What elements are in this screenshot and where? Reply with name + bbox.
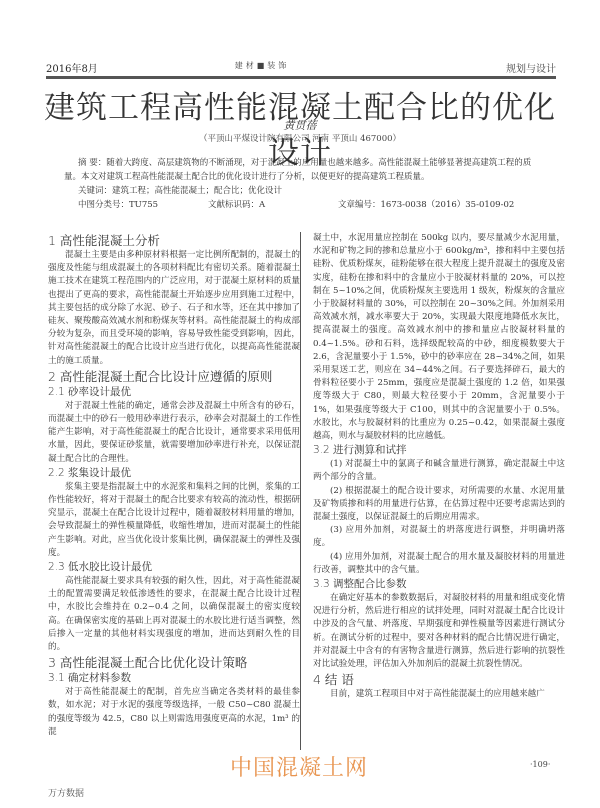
section-3-2-item-3: (3) 应用外加剂，对混凝土的坍落度进行调整，并明确坍落度。 bbox=[313, 524, 565, 550]
column-divider bbox=[300, 232, 301, 750]
left-column: 1 高性能混凝土分析 混凝土主要是由多种原材料根据一定比例所配制的，混凝土的强度… bbox=[48, 232, 300, 739]
section-4-heading: 4 结 语 bbox=[313, 671, 565, 688]
author-name: 黄贯蓓 bbox=[0, 117, 600, 133]
section-2-heading: 2 高性能混凝土配合比设计应遵循的原则 bbox=[48, 368, 300, 385]
header-rule bbox=[46, 76, 556, 79]
abstract-text: 摘 要：随着大跨度、高层建筑物的不断涌现，对于混凝土的应用量也越来越多。高性能混… bbox=[64, 156, 534, 184]
keywords: 关键词：建筑工程；高性能混凝土；配合比；优化设计 bbox=[64, 184, 534, 198]
section-3-1-paragraph: 对于高性能混凝土的配制，首先应当确定各类材料的最佳参数，如水泥；对于水泥的强度等… bbox=[48, 686, 300, 739]
source-label: 万方数据 bbox=[48, 786, 84, 799]
section-3-heading: 3 高性能混凝土配合比优化设计策略 bbox=[48, 654, 300, 671]
author-affiliation: （平顶山平煤设计院有限公司 河南 平顶山 467000） bbox=[0, 132, 600, 144]
abstract-block: 摘 要：随着大跨度、高层建筑物的不断涌现，对于混凝土的应用量也越来越多。高性能混… bbox=[64, 156, 534, 212]
section-3-2-heading: 3.2 进行测算和试拌 bbox=[313, 443, 565, 458]
section-2-3-heading: 2.3 低水胶比设计最优 bbox=[48, 560, 300, 575]
classification-row: 中图分类号：TU755 文献标识码：A 文章编号：1673-0038（2016）… bbox=[64, 198, 534, 212]
section-3-3-heading: 3.3 调整配合比参数 bbox=[313, 577, 565, 592]
section-3-3-paragraph: 在确定好基本的参数数据后，对凝胶材料的用量和组成变化情况进行分析，然后进行相应的… bbox=[313, 592, 565, 671]
journal-name: 建材■装饰 bbox=[46, 60, 478, 71]
section-3-1-heading: 3.1 确定材料参数 bbox=[48, 671, 300, 686]
section-4-paragraph: 目前，建筑工程项目中对于高性能混凝土的应用越来越广 bbox=[313, 688, 565, 701]
running-header: 2016年8月 建材■装饰 规划与设计 bbox=[46, 60, 478, 70]
section-2-3-paragraph: 高性能混凝土要求具有较强的耐久性，因此，对于高性能混凝土的配置需要满足较低渗透性… bbox=[48, 575, 300, 654]
classification-number: 中图分类号：TU755 bbox=[78, 198, 208, 212]
right-column: 凝土中，水泥用量应控制在 500kg 以内，要尽量减少水泥用量，水泥和矿物之间的… bbox=[313, 232, 565, 702]
section-3-2-item-2: (2) 根据混凝土的配合设计要求，对所需要的水量、水泥用量及矿物质掺和料的用量进… bbox=[313, 485, 565, 525]
section-3-2-item-4: (4) 应用外加剂，对混凝土配合的用水量及凝胶材料的用量进行改善，调整其中的含气… bbox=[313, 551, 565, 577]
section-2-2-paragraph: 浆集主要是指混凝土中的水泥浆和集料之间的比例，浆集的工作性能较好，将对于混凝土的… bbox=[48, 481, 300, 560]
section-2-1-heading: 2.1 砂率设计最优 bbox=[48, 385, 300, 400]
article-number: 文章编号：1673-0038（2016）35-0109-02 bbox=[338, 198, 514, 212]
watermark-logo: 中国混凝土网 bbox=[230, 751, 368, 782]
section-3-2-item-1: (1) 对混凝土中的氯离子和碱含量进行测算，确定混凝土中这两个部分的含量。 bbox=[313, 458, 565, 484]
page-number: ·109· bbox=[530, 760, 550, 769]
section-1-paragraph: 混凝土主要是由多种原材料根据一定比例所配制的，混凝土的强度及性能与组成混凝土的各… bbox=[48, 249, 300, 368]
section-2-2-heading: 2.2 浆集设计最优 bbox=[48, 466, 300, 481]
document-code: 文献标识码：A bbox=[208, 198, 338, 212]
section-2-1-paragraph: 对于混凝土性能的确定，通常会涉及混凝土中所含有的砂石，而混凝土中的砂石一般用砂率… bbox=[48, 400, 300, 466]
section-name: 规划与设计 bbox=[506, 60, 556, 75]
section-1-heading: 1 高性能混凝土分析 bbox=[48, 232, 300, 249]
section-3-1-continued: 凝土中，水泥用量应控制在 500kg 以内，要尽量减少水泥用量，水泥和矿物之间的… bbox=[313, 232, 565, 443]
